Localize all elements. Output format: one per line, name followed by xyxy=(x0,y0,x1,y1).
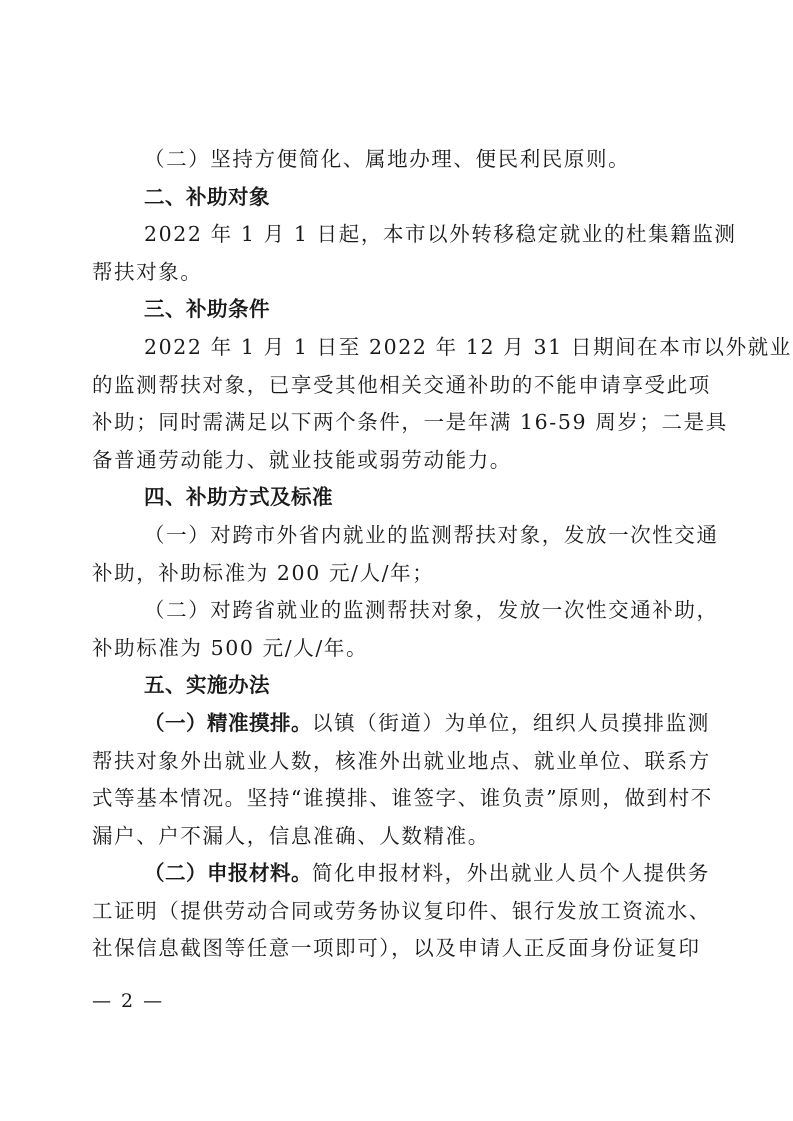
paragraph-line: 补助标准为 500 元/人/年。 xyxy=(92,630,692,668)
paragraph-line: （二）坚持方便简化、属地办理、便民利民原则。 xyxy=(92,141,692,179)
paragraph-line: （二）申报材料。简化申报材料，外出就业人员个人提供务 xyxy=(92,855,692,893)
section-heading-subsidy-method: 四、补助方式及标准 xyxy=(92,479,692,517)
paragraph-line: 社保信息截图等任意一项即可），以及申请人正反面身份证复印 xyxy=(92,930,692,968)
paragraph-line: 式等基本情况。坚持“谁摸排、谁签字、谁负责”原则，做到村不 xyxy=(92,780,692,818)
paragraph-line: 备普通劳动能力、就业技能或弱劳动能力。 xyxy=(92,442,692,480)
paragraph-line: （一）精准摸排。以镇（街道）为单位，组织人员摸排监测 xyxy=(92,705,692,743)
subsection-title-precise-survey: （一）精准摸排。 xyxy=(144,711,312,735)
subsection-title-application-materials: （二）申报材料。 xyxy=(144,861,312,885)
paragraph-line: 工证明（提供劳动合同或劳务协议复印件、银行发放工资流水、 xyxy=(92,893,692,931)
section-heading-subsidy-target: 二、补助对象 xyxy=(92,179,692,217)
paragraph-line: 帮扶对象外出就业人数，核准外出就业地点、就业单位、联系方 xyxy=(92,743,692,781)
paragraph-line: 补助，补助标准为 200 元/人/年； xyxy=(92,555,692,593)
section-heading-subsidy-conditions: 三、补助条件 xyxy=(92,291,692,329)
paragraph-line: 补助；同时需满足以下两个条件，一是年满 16-59 周岁；二是具 xyxy=(92,404,692,442)
paragraph-line: 2022 年 1 月 1 日至 2022 年 12 月 31 日期间在本市以外就… xyxy=(92,329,692,367)
paragraph-line: 漏户、户不漏人，信息准确、人数精准。 xyxy=(92,818,692,856)
paragraph-line: 帮扶对象。 xyxy=(92,254,692,292)
paragraph-line: （一）对跨市外省内就业的监测帮扶对象，发放一次性交通 xyxy=(92,517,692,555)
paragraph-line: 2022 年 1 月 1 日起，本市以外转移稳定就业的杜集籍监测 xyxy=(92,216,692,254)
paragraph-text: 简化申报材料，外出就业人员个人提供务 xyxy=(312,861,710,885)
section-heading-implementation: 五、实施办法 xyxy=(92,667,692,705)
document-page: （二）坚持方便简化、属地办理、便民利民原则。 二、补助对象 2022 年 1 月… xyxy=(92,141,692,968)
paragraph-text: 以镇（街道）为单位，组织人员摸排监测 xyxy=(312,711,710,735)
paragraph-line: （二）对跨省就业的监测帮扶对象，发放一次性交通补助， xyxy=(92,592,692,630)
paragraph-line: 的监测帮扶对象，已享受其他相关交通补助的不能申请享受此项 xyxy=(92,367,692,405)
page-number: — 2 — xyxy=(92,990,164,1012)
